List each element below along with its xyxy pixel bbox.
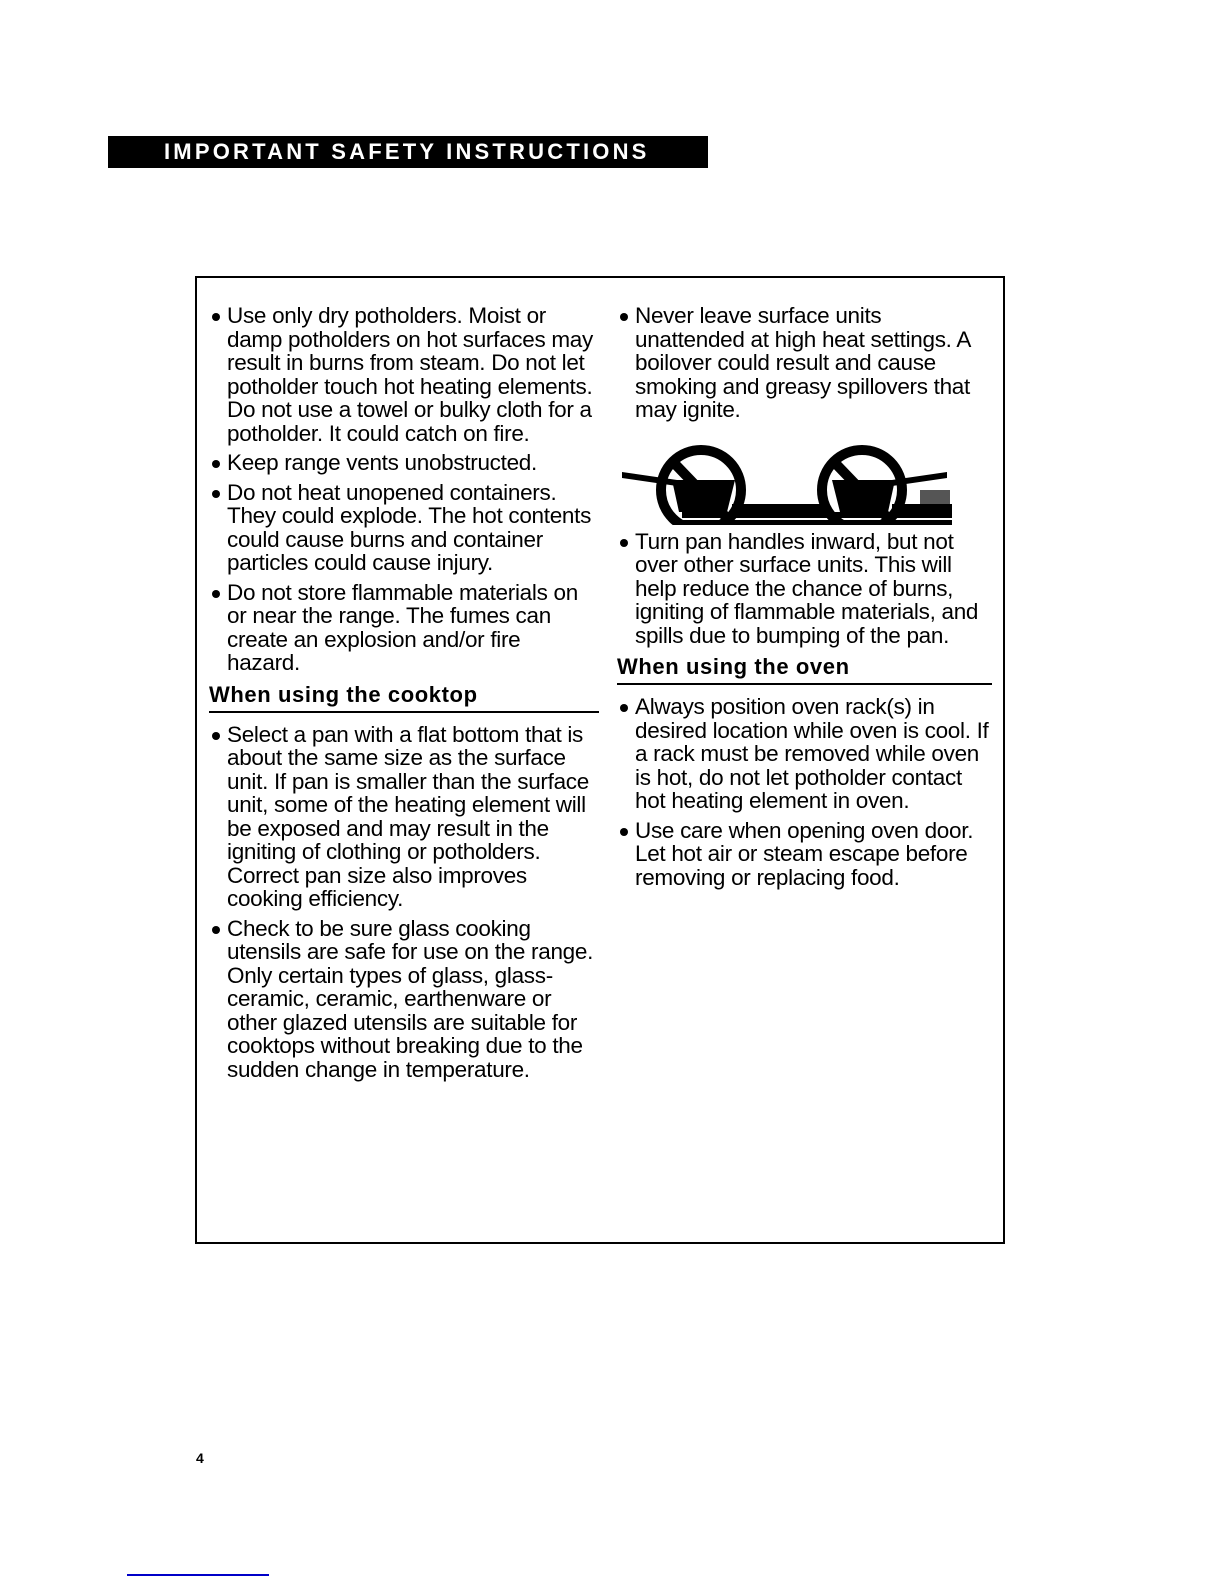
bullet-item: Keep range vents unobstructed. [209,451,599,475]
right-column: Never leave surface units unattended at … [617,304,992,895]
cooktop-heading: When using the cooktop [209,681,599,713]
bullet-item: Check to be sure glass cooking utensils … [209,917,599,1082]
bullet-item: Turn pan handles inward, but not over ot… [617,530,992,648]
bullet-item: Do not store flammable materials on or n… [209,581,599,675]
pan-handle-illustration [617,440,992,520]
no-handle-outward-icon [622,450,827,525]
bullet-item: Select a pan with a flat bottom that is … [209,723,599,911]
bullet-item: Never leave surface units unattended at … [617,304,992,422]
bullet-item: Use care when opening oven door. Let hot… [617,819,992,890]
bullet-item: Use only dry potholders. Moist or damp p… [209,304,599,445]
left-column: Use only dry potholders. Moist or damp p… [209,304,599,1087]
section-banner: IMPORTANT SAFETY INSTRUCTIONS [108,136,708,168]
bullet-item: Do not heat unopened containers. They co… [209,481,599,575]
footer-rule [127,1574,269,1576]
oven-heading: When using the oven [617,653,992,685]
safety-box: Use only dry potholders. Moist or damp p… [195,276,1005,1244]
bullet-item: Always position oven rack(s) in desired … [617,695,992,813]
page-number: 4 [196,1450,204,1466]
no-handle-over-burner-icon [802,450,952,525]
